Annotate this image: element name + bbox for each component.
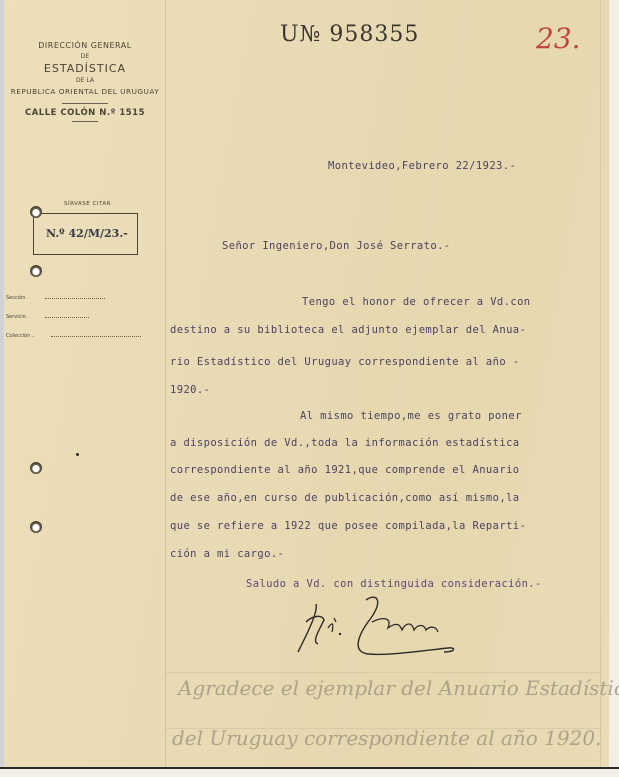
- body-line: correspondiente al año 1921,que comprend…: [170, 464, 520, 476]
- field-coleccion: Colección ..: [6, 332, 141, 339]
- letterhead-divider: [62, 103, 108, 104]
- letterhead-line1: DIRECCIÓN GENERAL: [0, 40, 170, 52]
- right-rule: [600, 0, 601, 770]
- body-line: que se refiere a 1922 que posee compilad…: [170, 520, 526, 532]
- letterhead-line4: DE LA: [0, 76, 170, 86]
- cite-label: SÍRVASE CITAR: [64, 201, 111, 207]
- punch-hole: [30, 521, 42, 533]
- document-page: DIRECCIÓN GENERAL DE ESTADÍSTICA DE LA R…: [0, 0, 619, 777]
- letterhead-line3: ESTADÍSTICA: [0, 62, 170, 76]
- body-line: Al mismo tiempo,me es grato poner: [300, 410, 522, 422]
- body-line: 1920.-: [170, 384, 210, 396]
- body-line: de ese año,en curso de publicación,como …: [170, 492, 520, 504]
- letterhead-line2: DE: [0, 52, 170, 62]
- punch-hole: [30, 462, 42, 474]
- letterhead: DIRECCIÓN GENERAL DE ESTADÍSTICA DE LA R…: [0, 40, 170, 125]
- serial-number: U№ 958355: [280, 22, 419, 47]
- reference-number: N.º 42/M/23.-: [46, 227, 128, 240]
- letterhead-divider-small: [72, 121, 98, 122]
- field-servicio: Servicio .: [6, 313, 89, 320]
- handwritten-note-line2: del Uruguay correspondiente al año 1920.: [172, 726, 601, 750]
- signature: [288, 592, 468, 666]
- closing-line: Saludo a Vd. con distinguida consideraci…: [246, 578, 542, 590]
- scan-right-edge: [609, 0, 619, 777]
- field-seccion: Sección .: [6, 294, 105, 301]
- field-label: Colección ..: [6, 333, 35, 339]
- body-line: rio Estadístico del Uruguay correspondie…: [170, 356, 520, 368]
- body-line: destino a su biblioteca el adjunto ejemp…: [170, 324, 526, 336]
- handwritten-note-line1: Agradece el ejemplar del Anuario Estadís…: [178, 676, 619, 700]
- letterhead-line5: REPUBLICA ORIENTAL DEL URUGUAY: [0, 86, 170, 98]
- punch-hole: [30, 265, 42, 277]
- scan-bottom-edge: [0, 767, 619, 777]
- body-line: a disposición de Vd.,toda la información…: [170, 437, 520, 449]
- letterhead-street: CALLE COLÓN N.º 1515: [0, 108, 170, 118]
- salutation: Señor Ingeniero,Don José Serrato.-: [222, 240, 451, 252]
- ruled-line: [166, 672, 600, 673]
- body-line: ción a mi cargo.-: [170, 548, 284, 560]
- date-line: Montevideo,Febrero 22/1923.-: [328, 160, 516, 172]
- signature-scrawl-icon: [288, 592, 468, 662]
- field-label: Sección .: [6, 295, 29, 301]
- field-label: Servicio .: [6, 314, 29, 320]
- ink-speck: [76, 453, 79, 456]
- reference-box: N.º 42/M/23.-: [33, 213, 138, 255]
- page-number: 23.: [536, 22, 581, 55]
- punch-hole: [30, 206, 42, 218]
- body-line: Tengo el honor de ofrecer a Vd.con: [302, 296, 531, 308]
